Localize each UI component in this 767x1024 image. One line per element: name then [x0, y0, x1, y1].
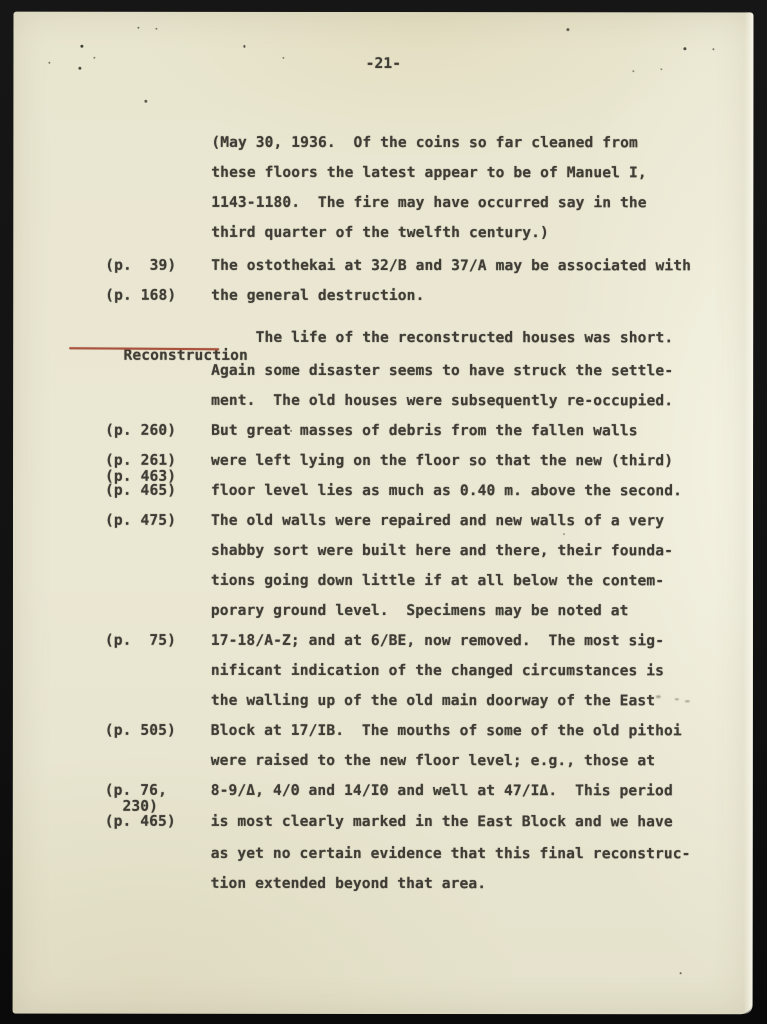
body-line: tion extended beyond that area. — [211, 875, 486, 893]
body-line: floor level lies as much as 0.40 m. abov… — [211, 482, 682, 500]
body-line: ment. The old houses were subsequently r… — [211, 392, 673, 410]
body-line: Again some disaster seems to have struck… — [211, 362, 673, 380]
document-page: -21- Reconstruction (p. 39)(p. 168)(p. 2… — [13, 12, 754, 1015]
ink-smudge — [685, 700, 690, 702]
paper-speck — [93, 57, 95, 59]
paper-speck — [282, 57, 284, 59]
body-line: these floors the latest appear to be of … — [211, 164, 646, 182]
body-line: 1143-1180. The fire may have occurred sa… — [211, 194, 646, 212]
paper-speck — [137, 27, 139, 29]
body-line: the walling up of the old main doorway o… — [211, 692, 655, 710]
paper-specks — [13, 12, 753, 13]
body-line: 8-9/Δ, 4/Θ and 14/IΘ and well at 47/IΔ. … — [211, 782, 673, 800]
body-line: as yet no certain evidence that this fin… — [211, 845, 691, 863]
body-line: 17-18/A-Z; and at 6/BE, now removed. The… — [211, 632, 664, 650]
paper-speck — [144, 100, 147, 103]
page-number: -21- — [13, 55, 753, 73]
paper-speck — [632, 70, 634, 72]
paper-speck — [290, 430, 292, 432]
body-line: (May 30, 1936. Of the coins so far clean… — [211, 134, 638, 152]
paper-speck — [80, 45, 83, 48]
body-line: were raised to the new floor level; e.g.… — [211, 752, 655, 770]
body-line: nificant indication of the changed circu… — [211, 662, 664, 680]
paper-speck — [566, 28, 569, 31]
margin-ref: (p. 39) — [105, 257, 176, 275]
body-text: (May 30, 1936. Of the coins so far clean… — [13, 12, 753, 13]
body-line: The old walls were repaired and new wall… — [211, 512, 664, 530]
body-line: The life of the reconstructed houses was… — [211, 329, 673, 347]
body-line: tions going down little if at all below … — [211, 572, 664, 590]
body-line: shabby sort were built here and there, t… — [211, 542, 673, 560]
paper-speck — [712, 48, 714, 50]
scan-backdrop: -21- Reconstruction (p. 39)(p. 168)(p. 2… — [0, 0, 767, 1024]
paper-speck — [155, 28, 157, 30]
ink-smudge — [675, 698, 679, 700]
paper-speck — [243, 45, 245, 48]
paper-speck — [683, 47, 686, 50]
paper-speck — [78, 67, 81, 70]
body-line: the general destruction. — [211, 287, 424, 305]
margin-ref: (p. 75) — [105, 632, 176, 650]
margin-ref: (p. 475) — [105, 512, 176, 530]
body-line: Block at 17/IB. The mouths of some of th… — [211, 722, 682, 740]
body-line: porary ground level. Specimens may be no… — [211, 602, 629, 620]
ink-smudge — [656, 695, 661, 698]
paper-speck — [48, 62, 50, 64]
body-line: The ostothekai at 32/B and 37/A may be a… — [211, 257, 691, 275]
paper-speck — [660, 68, 662, 70]
margin-refs: (p. 39)(p. 168)(p. 260)(p. 261)(p. 463)(… — [13, 12, 753, 13]
paper-speck — [563, 533, 565, 535]
margin-ref: (p. 465) — [105, 482, 176, 500]
body-line: But great masses of debris from the fall… — [211, 422, 638, 440]
margin-ref: (p. 168) — [105, 287, 176, 305]
body-line: were left lying on the floor so that the… — [211, 452, 673, 470]
body-line: third quarter of the twelfth century.) — [211, 224, 549, 242]
margin-ref: (p. 505) — [105, 722, 176, 740]
paper-speck — [680, 972, 682, 974]
margin-ref: (p. 465) — [105, 813, 176, 831]
margin-ref: (p. 260) — [105, 422, 176, 440]
body-line: is most clearly marked in the East Block… — [211, 813, 673, 831]
